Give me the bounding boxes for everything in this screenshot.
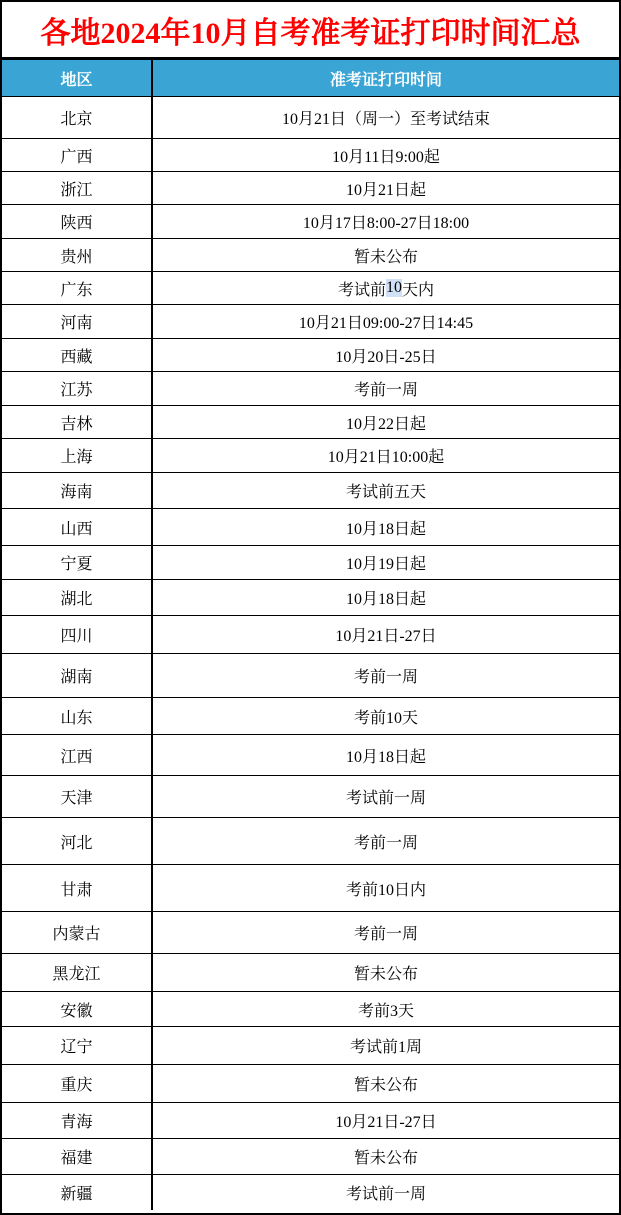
region-cell: 福建 [2, 1139, 153, 1174]
time-cell: 10月22日起 [153, 406, 619, 438]
region-cell: 浙江 [2, 172, 153, 204]
table-row: 福建暂未公布 [2, 1138, 619, 1174]
time-cell: 暂未公布 [153, 954, 619, 991]
region-cell: 安徽 [2, 992, 153, 1026]
time-cell: 10月21日-27日 [153, 616, 619, 653]
region-cell: 黑龙江 [2, 954, 153, 991]
time-cell: 考试前五天 [153, 473, 619, 508]
region-cell: 新疆 [2, 1175, 153, 1210]
region-cell: 广西 [2, 139, 153, 171]
table-row: 辽宁考试前1周 [2, 1026, 619, 1064]
region-cell: 河北 [2, 818, 153, 864]
region-cell: 江苏 [2, 372, 153, 405]
table-row: 新疆考试前一周 [2, 1174, 619, 1210]
region-cell: 辽宁 [2, 1027, 153, 1064]
time-cell: 暂未公布 [153, 1065, 619, 1102]
table-row: 安徽考前3天 [2, 991, 619, 1026]
region-cell: 海南 [2, 473, 153, 508]
table-row: 吉林10月22日起 [2, 405, 619, 438]
region-cell: 山东 [2, 698, 153, 734]
table-row: 山西10月18日起 [2, 508, 619, 545]
time-cell: 10月18日起 [153, 580, 619, 615]
region-cell: 青海 [2, 1103, 153, 1138]
region-cell: 贵州 [2, 239, 153, 271]
table-row: 山东考前10天 [2, 697, 619, 734]
time-cell: 考前10天 [153, 698, 619, 734]
time-cell: 10月21日起 [153, 172, 619, 204]
table-row: 黑龙江暂未公布 [2, 953, 619, 991]
time-cell: 10月17日8:00-27日18:00 [153, 205, 619, 238]
region-cell: 江西 [2, 735, 153, 775]
time-cell: 暂未公布 [153, 239, 619, 271]
table-row: 陕西10月17日8:00-27日18:00 [2, 204, 619, 238]
region-cell: 西藏 [2, 339, 153, 371]
time-cell: 10月21日10:00起 [153, 439, 619, 472]
table-row: 四川10月21日-27日 [2, 615, 619, 653]
region-cell: 天津 [2, 776, 153, 817]
table-row: 宁夏10月19日起 [2, 545, 619, 579]
table-row: 江苏考前一周 [2, 371, 619, 405]
time-cell: 考前10日内 [153, 865, 619, 911]
region-cell: 四川 [2, 616, 153, 653]
table-row: 江西10月18日起 [2, 734, 619, 775]
region-cell: 宁夏 [2, 546, 153, 579]
table-row: 北京10月21日（周一）至考试结束 [2, 96, 619, 138]
time-cell: 暂未公布 [153, 1139, 619, 1174]
time-cell: 考前一周 [153, 912, 619, 953]
table-row: 上海10月21日10:00起 [2, 438, 619, 472]
table-body: 北京10月21日（周一）至考试结束广西10月11日9:00起浙江10月21日起陕… [2, 96, 619, 1210]
table-row: 河南10月21日09:00-27日14:45 [2, 304, 619, 338]
time-cell: 考前一周 [153, 818, 619, 864]
region-cell: 山西 [2, 509, 153, 545]
region-cell: 甘肃 [2, 865, 153, 911]
region-cell: 吉林 [2, 406, 153, 438]
time-cell: 10月21日09:00-27日14:45 [153, 305, 619, 338]
region-cell: 湖北 [2, 580, 153, 615]
region-cell: 北京 [2, 97, 153, 138]
time-cell: 考前一周 [153, 654, 619, 697]
table-row: 甘肃考前10日内 [2, 864, 619, 911]
page-title: 各地2024年10月自考准考证打印时间汇总 [41, 8, 581, 52]
table-row: 内蒙古考前一周 [2, 911, 619, 953]
time-cell: 10月19日起 [153, 546, 619, 579]
header-region: 地区 [2, 60, 153, 96]
table-row: 重庆暂未公布 [2, 1064, 619, 1102]
region-cell: 湖南 [2, 654, 153, 697]
time-cell: 考试前一周 [153, 1175, 619, 1210]
table-row: 广东考试前10天内 [2, 271, 619, 304]
table-row: 西藏10月20日-25日 [2, 338, 619, 371]
region-cell: 重庆 [2, 1065, 153, 1102]
time-cell: 10月21日（周一）至考试结束 [153, 97, 619, 138]
table-row: 贵州暂未公布 [2, 238, 619, 271]
time-cell: 考试前10天内 [153, 272, 619, 304]
time-cell: 10月18日起 [153, 509, 619, 545]
time-cell: 10月20日-25日 [153, 339, 619, 371]
exam-ticket-print-schedule: 各地2024年10月自考准考证打印时间汇总 地区 准考证打印时间 北京10月21… [0, 0, 621, 1215]
time-cell: 考试前1周 [153, 1027, 619, 1064]
time-cell: 考前一周 [153, 372, 619, 405]
header-print-time: 准考证打印时间 [153, 60, 619, 96]
table-row: 青海10月21日-27日 [2, 1102, 619, 1138]
region-cell: 上海 [2, 439, 153, 472]
table-row: 湖北10月18日起 [2, 579, 619, 615]
region-cell: 广东 [2, 272, 153, 304]
time-cell: 10月21日-27日 [153, 1103, 619, 1138]
table-row: 湖南考前一周 [2, 653, 619, 697]
time-cell: 考试前一周 [153, 776, 619, 817]
time-cell: 10月11日9:00起 [153, 139, 619, 171]
table-row: 河北考前一周 [2, 817, 619, 864]
title-band: 各地2024年10月自考准考证打印时间汇总 [2, 2, 619, 60]
table-row: 天津考试前一周 [2, 775, 619, 817]
region-cell: 陕西 [2, 205, 153, 238]
highlighted-text: 10 [386, 279, 402, 297]
time-cell: 考前3天 [153, 992, 619, 1026]
table-row: 浙江10月21日起 [2, 171, 619, 204]
table-header-row: 地区 准考证打印时间 [2, 60, 619, 96]
time-cell: 10月18日起 [153, 735, 619, 775]
table-row: 广西10月11日9:00起 [2, 138, 619, 171]
region-cell: 河南 [2, 305, 153, 338]
table-row: 海南考试前五天 [2, 472, 619, 508]
schedule-table: 地区 准考证打印时间 北京10月21日（周一）至考试结束广西10月11日9:00… [2, 60, 619, 1213]
region-cell: 内蒙古 [2, 912, 153, 953]
